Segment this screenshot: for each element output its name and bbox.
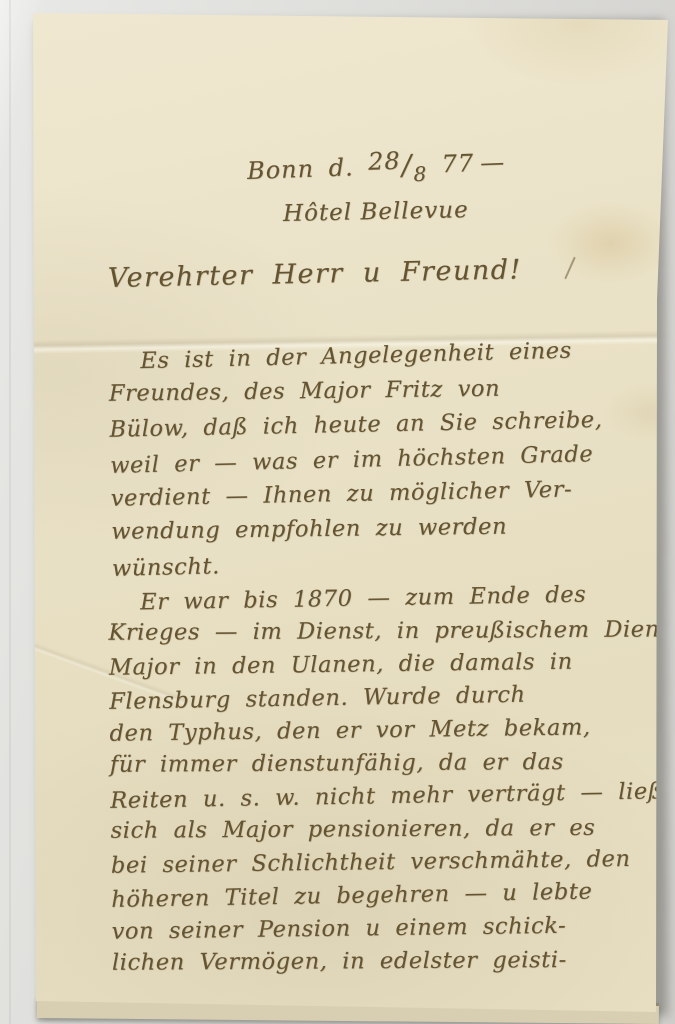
- letter-paper: Bonn d. 28/8 77— Hôtel Bellevue Verehrte…: [33, 13, 668, 1012]
- letter-line: Krieges — im Dienst, in preußischem Dien…: [108, 613, 660, 649]
- dateline-slash: /: [400, 148, 414, 181]
- letter-line: lichen Vermögen, in edelster geisti-: [112, 943, 664, 979]
- letter-line: den Typhus, den er vor Metz bekam,: [109, 710, 661, 750]
- salutation: Verehrter Herr u Freund!: [108, 254, 522, 294]
- dateline-year: 77: [441, 149, 475, 178]
- paragraph-2: Er war bis 1870 — zum Ende des Krieges —…: [108, 579, 664, 981]
- hotel-line: Hôtel Bellevue: [283, 197, 469, 227]
- scan-edge-line: [9, 0, 11, 1024]
- letter-line: von seiner Pension u einem schick-: [111, 908, 663, 948]
- paragraph-1: Es ist in der Angelegenheit eines Freund…: [108, 333, 664, 584]
- letter-photo: Bonn d. 28/8 77— Hôtel Bellevue Verehrte…: [0, 0, 675, 1024]
- stray-ink-mark: [564, 257, 576, 280]
- dateline-city: Bonn: [247, 155, 315, 185]
- dateline: Bonn d. 28/8 77—: [246, 144, 504, 186]
- letter-line: sich als Major pensionieren, da er es: [110, 811, 662, 847]
- dateline-month: 8: [413, 162, 428, 186]
- dateline-particle: d.: [328, 153, 354, 182]
- dateline-dash: —: [474, 148, 505, 177]
- dateline-day: 28: [368, 147, 402, 176]
